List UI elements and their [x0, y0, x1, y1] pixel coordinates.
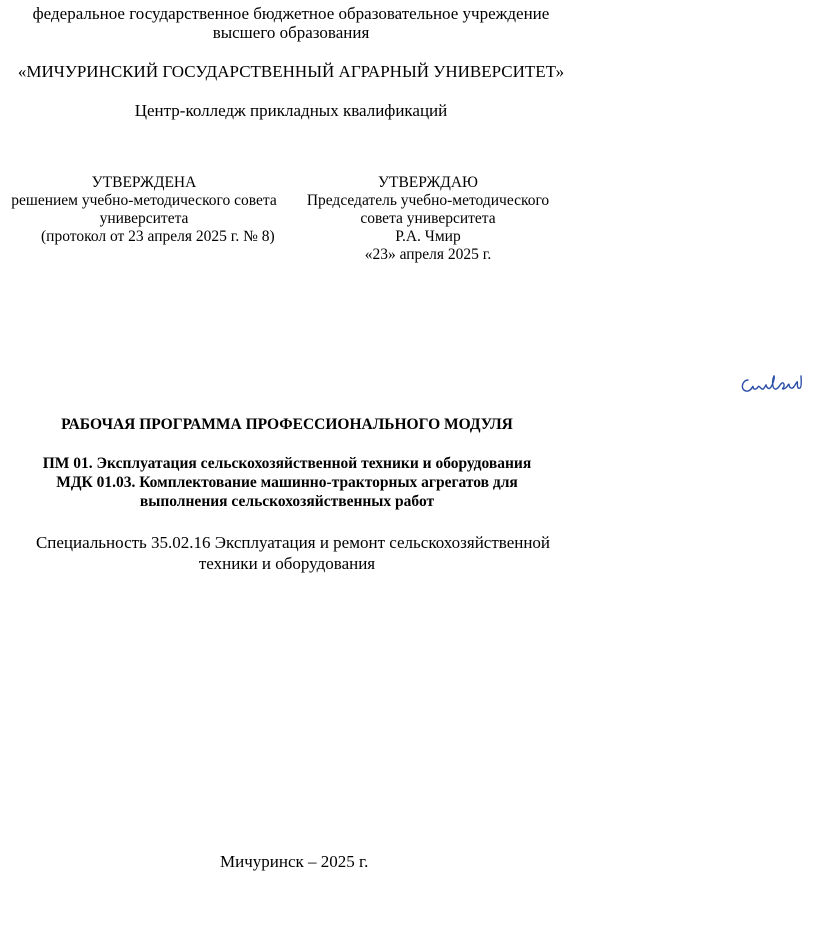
approval-left-line-1: решением учебно-методического совета [0, 192, 288, 210]
mdk-line-1: МДК 01.03. Комплектование машинно-тракто… [0, 474, 574, 492]
approval-left-line-2: университета [0, 210, 288, 228]
approval-right-title: УТВЕРЖДАЮ [300, 174, 556, 192]
mdk-line-2: выполнения сельскохозяйственных работ [0, 493, 574, 511]
university-name: «МИЧУРИНСКИЙ ГОСУДАРСТВЕННЫЙ АГРАРНЫЙ УН… [0, 62, 582, 82]
program-title: РАБОЧАЯ ПРОГРАММА ПРОФЕССИОНАЛЬНОГО МОДУ… [0, 416, 574, 434]
approval-right-line-4: «23» апреля 2025 г. [300, 246, 556, 264]
approval-left-line-3: (протокол от 23 апреля 2025 г. № 8) [41, 228, 275, 246]
specialty-line-1: Специальность 35.02.16 Эксплуатация и ре… [0, 533, 586, 553]
module-line: ПМ 01. Эксплуатация сельскохозяйственной… [0, 455, 574, 473]
institution-line-2: высшего образования [0, 23, 582, 43]
approval-left-title: УТВЕРЖДЕНА [0, 174, 288, 192]
specialty-line-2: техники и оборудования [0, 554, 574, 574]
college-name: Центр-колледж прикладных квалификаций [0, 101, 582, 121]
institution-line-1: федеральное государственное бюджетное об… [0, 4, 582, 24]
approval-right-line-3: Р.А. Чмир [300, 228, 556, 246]
signature-icon [738, 372, 808, 398]
city-year: Мичуринск – 2025 г. [220, 852, 368, 872]
approval-right-line-2: совета университета [300, 210, 556, 228]
approval-right-line-1: Председатель учебно-методического [300, 192, 556, 210]
